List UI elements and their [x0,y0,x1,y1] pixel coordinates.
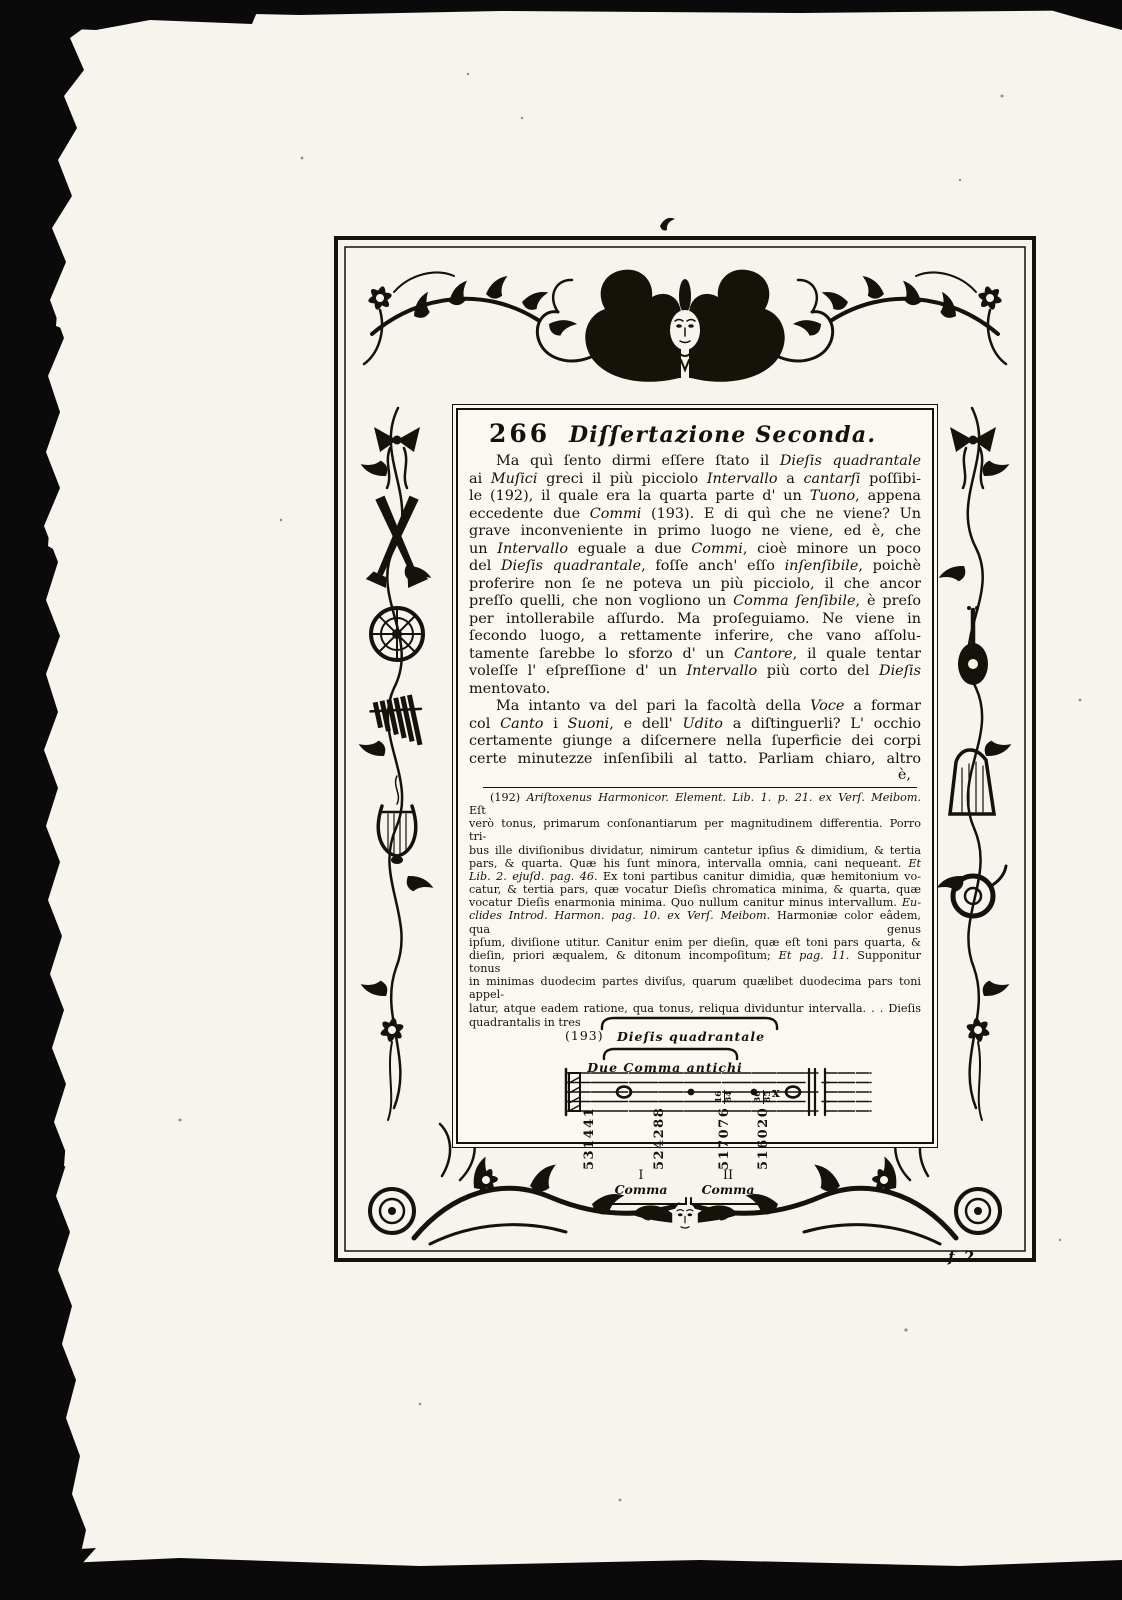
text-line: certe minutezze inſenſibili al tatto. Pa… [469,751,921,769]
text-line: Ma intanto va del pari la facoltà della … [469,698,921,716]
running-head: 266 Diſſertazione Seconda. [469,419,921,448]
text-line: dieſin, priori æqualem, & ditonum incomp… [469,949,921,975]
text-panel: 266 Diſſertazione Seconda. Ma quì ſento … [452,404,938,1148]
text-panel-inner: 266 Diſſertazione Seconda. Ma quì ſento … [456,408,934,1144]
ink-mark [660,218,675,231]
brace-diesis [602,1018,777,1029]
text-line: eccedente due Commi (193). E di quì che … [469,506,921,524]
interval-2-bracket [691,1198,766,1204]
text-line: vocatur Dieſis enarmonia minima. Quo nul… [469,896,921,909]
text-line: verò tonus, primarum conſonantiarum per … [469,817,921,843]
text-line: per intollerabile aſſurdo. Ma proſeguiam… [469,611,921,629]
string-length-517076: 5170761684 [715,1090,731,1170]
string-length-531441: 531441 [582,1106,598,1169]
length-value: 531441 [582,1106,597,1169]
text-line: ipſum, diviſione utitur. Canitur enim pe… [469,936,921,949]
text-line: preſſo quelli, che non vogliono un Comma… [469,593,921,611]
interval-1-numeral: I [638,1168,643,1183]
brace-diesis-label: Dieſis quadrantale [616,1029,765,1044]
comma-point-1 [688,1088,695,1095]
footnote-rule [483,787,917,788]
footnote-192: (192) Ariſtoxenus Harmonicor. Element. L… [469,791,921,1015]
text-line: proferire non ſe ne poteva un più piccio… [469,576,921,594]
length-value: 517076 [717,1106,732,1169]
torn-left-edge [0,0,98,1600]
text-line: ſecondo luogo, a rettamente inferire, ch… [469,628,921,646]
catchword: è, [469,768,921,783]
length-fraction: 1684 [715,1090,734,1104]
torn-top-right-corner [1032,0,1122,30]
text-line: col Canto i Suoni, e dell' Udito a diſti… [469,716,921,734]
double-barline [806,1069,829,1115]
book-page-scan: f 2. 266 Diſſertazione Seconda. Ma quì ſ… [0,0,1122,1600]
string-length-524288: 524288 [652,1106,668,1169]
text-line: voleſſe l' eſpreſſione d' un Intervallo … [469,663,921,681]
brace-comma [604,1049,737,1059]
text-line: latur, atque eadem ratione, qua tonus, r… [469,1002,921,1015]
interval-1-label: Comma [615,1182,668,1197]
text-line: tamente ſarebbe lo sforzo d' un Cantore,… [469,646,921,664]
text-line: catur, & tertia pars, quæ vocatur Dieſis… [469,883,921,896]
music-example-figure: quadrantalis in tres (193) Dieſis quadra… [469,1015,921,1211]
string-length-516020: 5160203685 [754,1090,770,1170]
text-line: del Dieſis quadrantale, foſſe anch' eſſo… [469,558,921,576]
length-fraction: 3685 [754,1090,773,1104]
paragraph-1: Ma quì ſento dirmi eſſere ſtato il Dieſi… [469,453,921,698]
text-line: Ma quì ſento dirmi eſſere ſtato il Dieſi… [469,453,921,471]
text-line: mentovato. [469,681,921,699]
text-line: in minimas duodecim partes diviſus, quar… [469,975,921,1001]
text-line: grave inconveniente in primo luogo ne vi… [469,523,921,541]
length-value: 516020 [756,1106,771,1169]
page-number: 266 [489,419,550,448]
text-line: clides Introd. Harmon. pag. 10. ex Verſ.… [469,909,921,935]
text-line: le (192), il quale era la quarta parte d… [469,488,921,506]
x-accidental: x [772,1086,780,1101]
length-value: 524288 [652,1106,667,1169]
text-line: un Intervallo eguale a due Commi, cioè m… [469,541,921,559]
interval-2-label: Comma [702,1182,755,1197]
signature-mark: f 2. [948,1248,983,1266]
staff-notation: Dieſis quadrantale Due Comma antichi [469,1015,920,1211]
text-line: certamente giunge a diſcernere nella ſup… [469,733,921,751]
text-line: (192) Ariſtoxenus Harmonicor. Element. L… [469,791,921,817]
text-line: bus ille diviſionibus dividatur, nimirum… [469,844,921,857]
paragraph-2: Ma intanto va del pari la facoltà della … [469,698,921,768]
text-line: pars, & quarta. Quæ his ſunt minora, int… [469,857,921,870]
page-title: Diſſertazione Seconda. [550,422,895,448]
torn-bottom-edge [0,1558,1122,1600]
interval-1-bracket [609,1198,686,1204]
text-line: Lib. 2. ejuſd. pag. 46. Ex toni partibus… [469,870,921,883]
text-line: ai Muſici greci il più picciolo Interval… [469,471,921,489]
